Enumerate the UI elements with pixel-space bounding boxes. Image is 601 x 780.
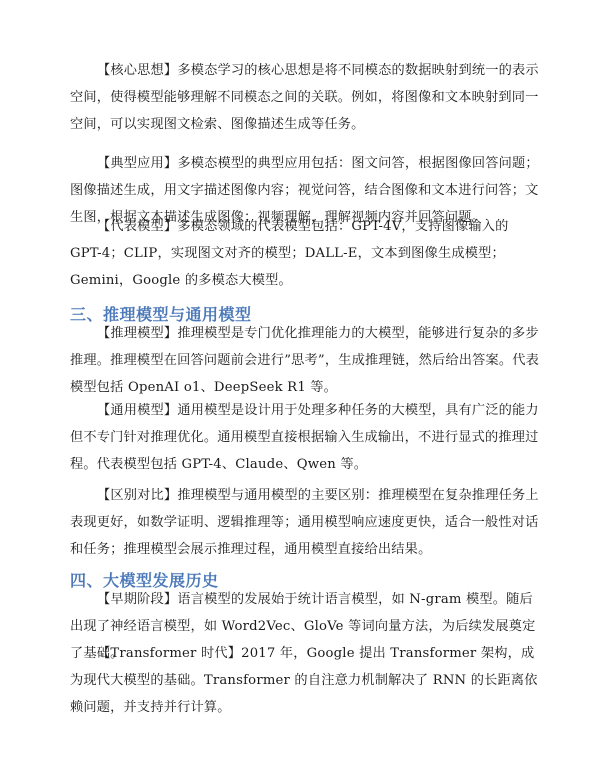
paragraph-general-model: 【通用模型】通用模型是设计用于处理多种任务的大模型，具有广泛的能力但不专门针对推… <box>70 397 540 478</box>
paragraph-core-idea: 【核心思想】多模态学习的核心思想是将不同模态的数据映射到统一的表示空间，使得模型… <box>70 57 540 138</box>
document-page: 【核心思想】多模态学习的核心思想是将不同模态的数据映射到统一的表示空间，使得模型… <box>0 0 601 780</box>
paragraph-reasoning-model: 【推理模型】推理模型是专门优化推理能力的大模型，能够进行复杂的多步推理。推理模型… <box>70 320 540 401</box>
paragraph-text: 【代表模型】多模态领域的代表模型包括：GPT-4V，支持图像输入的 GPT-4；… <box>70 219 509 288</box>
paragraph-comparison: 【区别对比】推理模型与通用模型的主要区别：推理模型在复杂推理任务上表现更好，如数… <box>70 482 540 563</box>
paragraph-text: 【推理模型】推理模型是专门优化推理能力的大模型，能够进行复杂的多步推理。推理模型… <box>70 326 539 395</box>
paragraph-text: 【核心思想】多模态学习的核心思想是将不同模态的数据映射到统一的表示空间，使得模型… <box>70 63 539 132</box>
paragraph-text: 【通用模型】通用模型是设计用于处理多种任务的大模型，具有广泛的能力但不专门针对推… <box>70 403 539 472</box>
paragraph-text: 【区别对比】推理模型与通用模型的主要区别：推理模型在复杂推理任务上表现更好，如数… <box>70 488 539 557</box>
paragraph-transformer-era: 【Transformer 时代】2017 年，Google 提出 Transfo… <box>70 640 540 721</box>
paragraph-text: 【Transformer 时代】2017 年，Google 提出 Transfo… <box>70 646 538 715</box>
paragraph-representative-models: 【代表模型】多模态领域的代表模型包括：GPT-4V，支持图像输入的 GPT-4；… <box>70 213 540 294</box>
